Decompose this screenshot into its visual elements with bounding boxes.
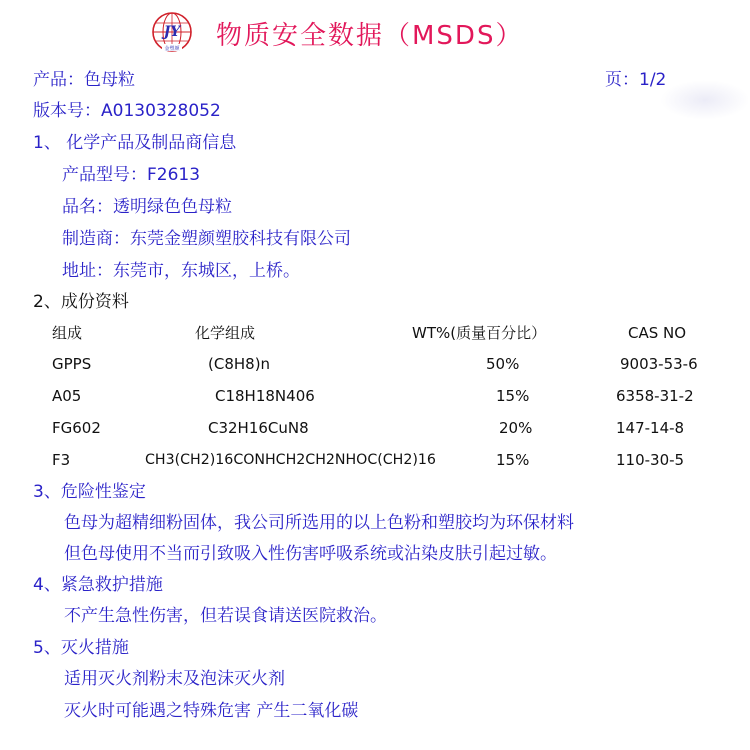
address: 地址：东莞市，东城区，上桥。 bbox=[62, 260, 300, 282]
hazard-line-1: 色母为超精细粉固体，我公司所选用的以上色粉和塑胶均为环保材料 bbox=[64, 512, 574, 534]
table-header-component: 组成 bbox=[52, 323, 82, 343]
table-cell: C18H18N406 bbox=[215, 386, 315, 406]
section-3-heading: 3、危险性鉴定 bbox=[33, 481, 146, 503]
table-cell: 50% bbox=[486, 354, 519, 374]
section-2-heading: 2、成份资料 bbox=[33, 291, 129, 313]
section-5-heading: 5、灭火措施 bbox=[33, 637, 129, 659]
table-cell: 147-14-8 bbox=[616, 418, 684, 438]
table-cell: 15% bbox=[496, 450, 529, 470]
manufacturer: 制造商：东莞金塑颜塑胶科技有限公司 bbox=[62, 228, 351, 250]
table-cell: F3 bbox=[52, 450, 70, 470]
firefighting-line-1: 适用灭火剂粉末及泡沫灭火剂 bbox=[64, 668, 285, 690]
version-number: 版本号：A0130328052 bbox=[33, 100, 221, 122]
table-cell: C32H16CuN8 bbox=[208, 418, 309, 438]
first-aid-line: 不产生急性伤害，但若误食请送医院救治。 bbox=[64, 605, 387, 627]
table-cell: 20% bbox=[499, 418, 532, 438]
product-label: 产品：色母粒 bbox=[33, 69, 135, 91]
table-header-formula: 化学组成 bbox=[195, 323, 255, 343]
hazard-line-2: 但色母使用不当而引致吸入性伤害呼吸系统或沾染皮肤引起过敏。 bbox=[64, 543, 557, 565]
document-title: 物质安全数据（MSDS） bbox=[216, 15, 523, 52]
table-header-wt: WT%(质量百分比） bbox=[412, 323, 546, 343]
product-model: 产品型号：F2613 bbox=[62, 164, 200, 186]
svg-text:JY: JY bbox=[161, 24, 183, 40]
table-cell: (C8H8)n bbox=[208, 354, 270, 374]
table-cell: GPPS bbox=[52, 354, 91, 374]
document-header: JY 金塑颜 物质安全数据（MSDS） bbox=[150, 8, 523, 58]
table-header-cas: CAS NO bbox=[628, 323, 686, 343]
svg-text:金塑颜: 金塑颜 bbox=[164, 45, 180, 52]
company-logo-icon: JY 金塑颜 bbox=[150, 11, 194, 55]
table-cell: A05 bbox=[52, 386, 81, 406]
page-indicator: 页：1/2 bbox=[605, 69, 666, 91]
table-cell: 9003-53-6 bbox=[620, 354, 698, 374]
product-name: 品名：透明绿色色母粒 bbox=[62, 196, 232, 218]
glare-artifact bbox=[660, 80, 750, 120]
table-cell: 110-30-5 bbox=[616, 450, 684, 470]
section-1-heading: 1、 化学产品及制品商信息 bbox=[33, 132, 236, 154]
table-cell: FG602 bbox=[52, 418, 101, 438]
table-cell: 15% bbox=[496, 386, 529, 406]
table-cell: CH3(CH2)16CONHCH2CH2NHOC(CH2)16 bbox=[145, 450, 436, 470]
table-cell: 6358-31-2 bbox=[616, 386, 694, 406]
section-4-heading: 4、紧急救护措施 bbox=[33, 574, 163, 596]
firefighting-line-2: 灭火时可能遇之特殊危害 产生二氧化碳 bbox=[64, 700, 358, 722]
